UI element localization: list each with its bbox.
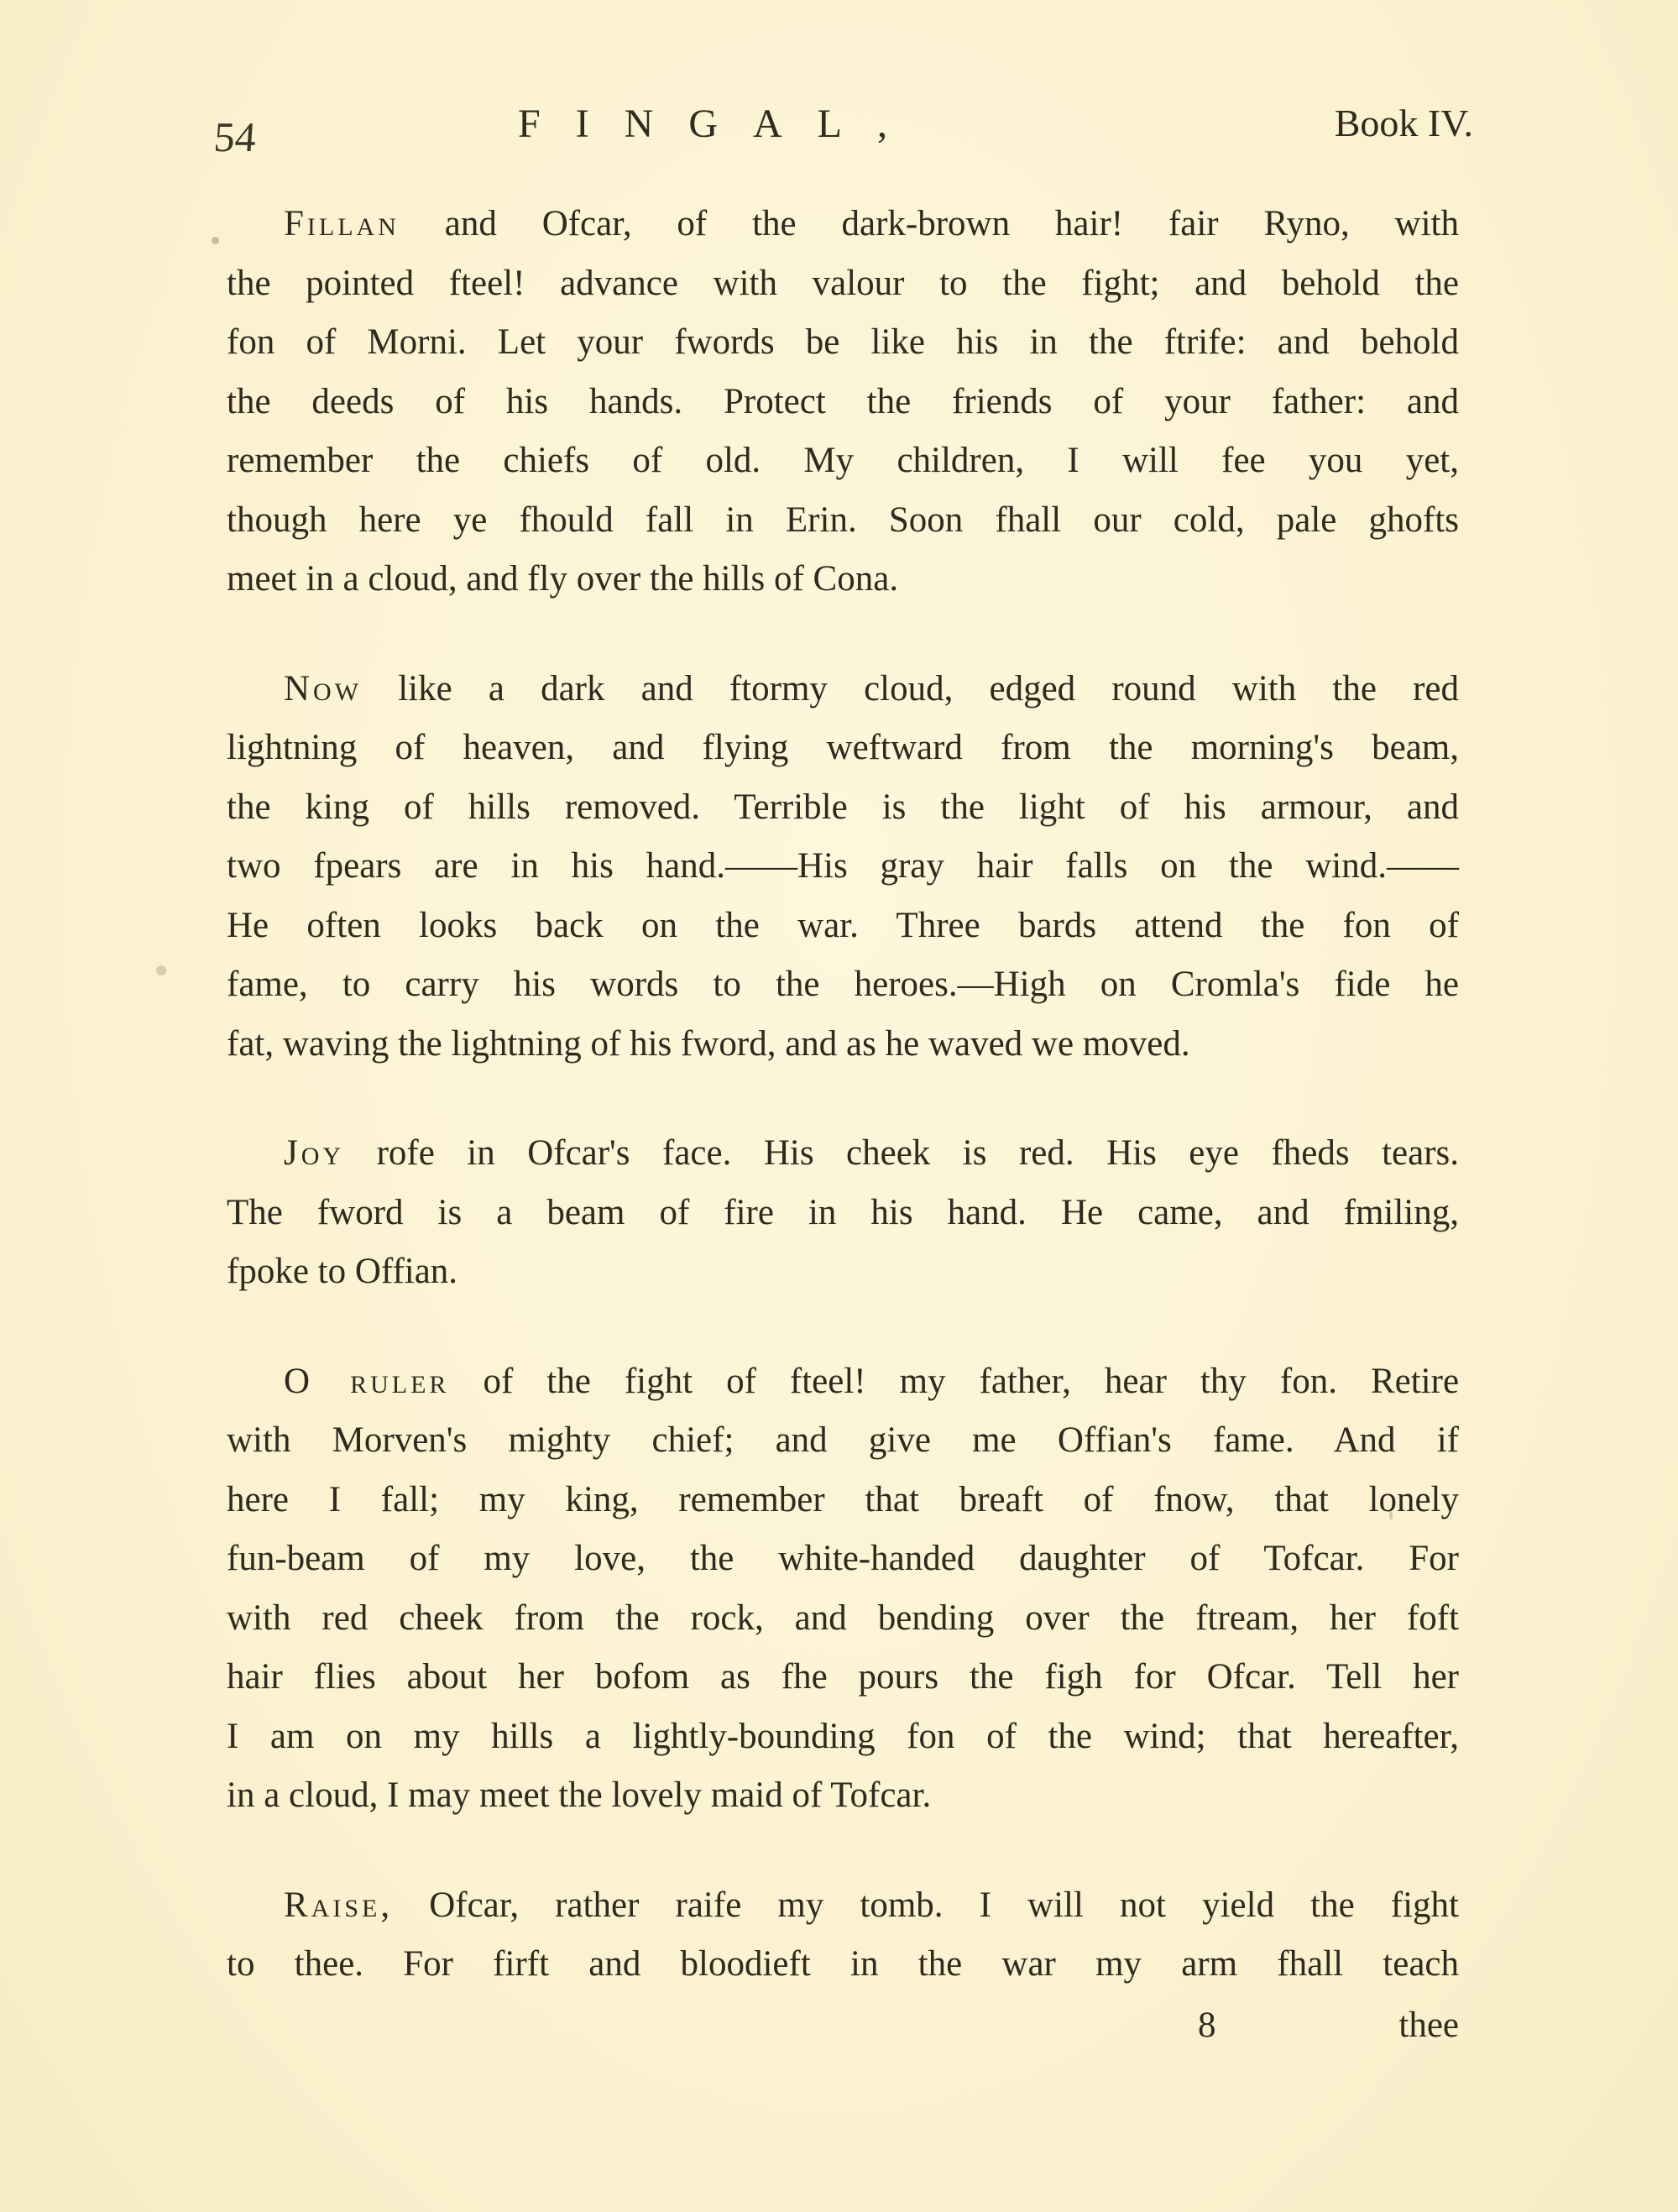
text-line: fon of Morni. Let your fwords be like hi… [227,313,1459,373]
paragraph-raise: Raise, Ofcar, rather raife my tomb. I wi… [227,1876,1459,1995]
paragraph-lead: Raise, [284,1885,393,1925]
text-line: hair flies about her bofom as fhe pours … [227,1648,1459,1707]
running-head: 54 FINGAL, Book IV. [214,101,1473,168]
text-line: I am on my hills a lightly-bounding fon … [227,1707,1459,1767]
text-line: remember the chiefs of old. My children,… [227,431,1459,491]
paper-speck [212,237,219,244]
text-line: He often looks back on the war. Three ba… [227,897,1459,956]
book-page: 54 FINGAL, Book IV. Fillan and Ofcar, of… [0,0,1678,2212]
text-line: O ruler of the fight of fteel! my father… [227,1352,1459,1412]
paragraph-lead: Fillan [284,204,400,243]
text-line: Now like a dark and ftormy cloud, edged … [227,660,1459,719]
signature-mark: 8 [1198,2005,1216,2046]
paragraph-fillan: Fillan and Ofcar, of the dark-brown hair… [227,195,1459,609]
page-number: 54 [212,112,258,161]
paragraph-lead: O ruler [284,1362,449,1401]
paragraph-o-ruler: O ruler of the fight of fteel! my father… [227,1352,1459,1826]
catchword: thee [1398,2005,1459,2046]
text-line: here I fall; my king, remember that brea… [227,1471,1459,1530]
paper-speck [156,965,166,975]
text-line: lightning of heaven, and flying weftward… [227,719,1459,778]
text-line: Joy rofe in Ofcar's face. His cheek is r… [227,1124,1459,1184]
text-line: though here ye fhould fall in Erin. Soon… [227,491,1459,551]
text-line: two fpears are in his hand.——His gray ha… [227,837,1459,897]
text-line: fame, to carry his words to the heroes.—… [227,955,1459,1015]
text-line: with Morven's mighty chief; and give me … [227,1411,1459,1471]
text-line: the king of hills removed. Terrible is t… [227,778,1459,838]
text-line: The fword is a beam of fire in his hand.… [227,1184,1459,1243]
body-text: Fillan and Ofcar, of the dark-brown hair… [227,195,1459,1995]
text-line: in a cloud, I may meet the lovely maid o… [227,1766,1459,1826]
paragraph-lead: Now [284,669,362,709]
page-footer: 8 thee [227,2005,1459,2063]
text-line: the pointed fteel! advance with valour t… [227,254,1459,314]
text-line: to thee. For firft and bloodieft in the … [227,1935,1459,1995]
text-line: meet in a cloud, and fly over the hills … [227,550,1459,609]
paragraph-now: Now like a dark and ftormy cloud, edged … [227,660,1459,1075]
book-label: Book IV. [1335,101,1473,145]
text-line: the deeds of his hands. Protect the frie… [227,373,1459,432]
text-line: with red cheek from the rock, and bendin… [227,1589,1459,1649]
text-line: Raise, Ofcar, rather raife my tomb. I wi… [227,1876,1459,1936]
paragraph-joy: Joy rofe in Ofcar's face. His cheek is r… [227,1124,1459,1302]
text-line: Fillan and Ofcar, of the dark-brown hair… [227,195,1459,254]
paragraph-lead: Joy [284,1133,344,1173]
running-title: FINGAL, [518,101,923,147]
text-line: fpoke to Offian. [227,1242,1459,1302]
text-line: fun-beam of my love, the white-handed da… [227,1530,1459,1589]
text-line: fat, waving the lightning of his fword, … [227,1015,1459,1075]
